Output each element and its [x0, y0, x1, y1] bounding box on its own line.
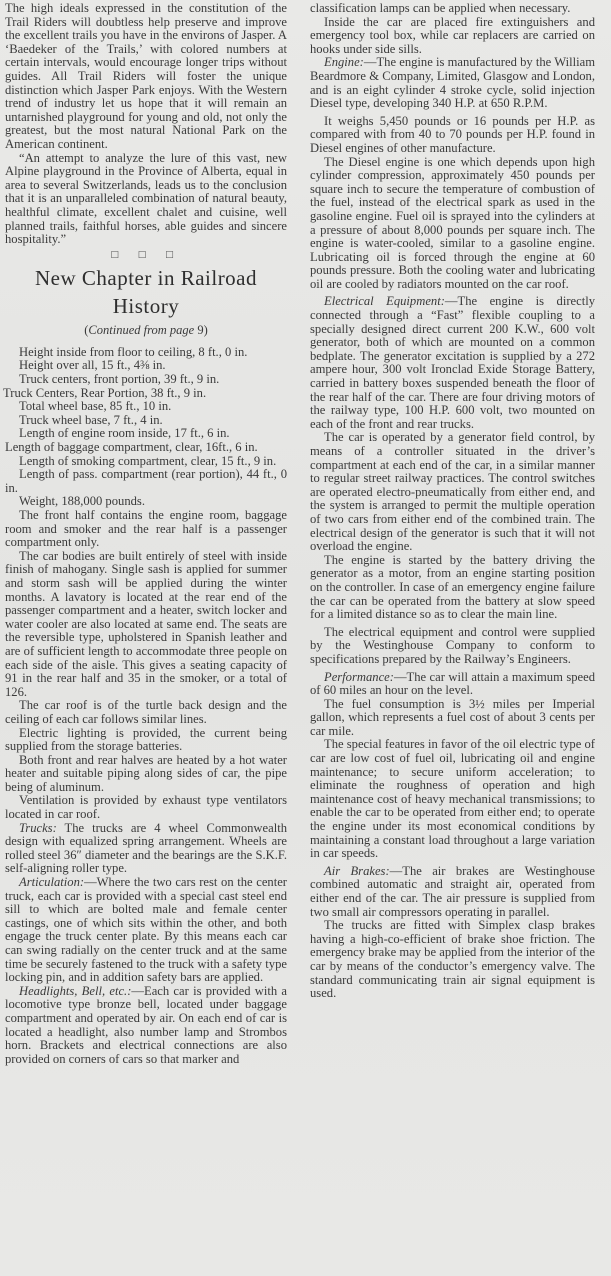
trucks-label: Trucks:	[19, 821, 57, 835]
spec-line: Height inside from floor to ceiling, 8 f…	[5, 346, 287, 360]
articulation-paragraph: Articulation:—Where the two cars rest on…	[5, 876, 287, 985]
spec-line: Truck centers, front portion, 39 ft., 9 …	[5, 373, 287, 387]
body-paragraph: The engine is started by the battery dri…	[310, 554, 595, 622]
scanned-page: The high ideals expressed in the constit…	[0, 0, 611, 1276]
performance-paragraph: Performance:—The car will attain a maxim…	[310, 671, 595, 698]
performance-label: Performance:	[324, 670, 394, 684]
body-paragraph: Electric lighting is provided, the curre…	[5, 727, 287, 754]
air-brakes-label: Air Brakes:	[324, 864, 390, 878]
electrical-paragraph: Electrical Equipment:—The engine is dire…	[310, 295, 595, 431]
fire-equipment-paragraph: Inside the car are placed fire extinguis…	[310, 16, 595, 57]
spec-line: Length of pass. compartment (rear portio…	[5, 468, 287, 495]
engine-paragraph: Engine:—The engine is manufactured by th…	[310, 56, 595, 110]
headline-line-1: New Chapter in Railroad	[35, 266, 257, 290]
section-divider-ornament: □ □ □	[5, 249, 287, 263]
trucks-paragraph: Trucks: The trucks are 4 wheel Commonwea…	[5, 822, 287, 876]
body-paragraph: It weighs 5,450 pounds or 16 pounds per …	[310, 115, 595, 156]
continued-from-note: (Continued from page 9)	[5, 324, 287, 338]
body-paragraph: Both front and rear halves are heated by…	[5, 754, 287, 795]
continued-page-number: 9)	[194, 323, 208, 337]
headlights-label: Headlights, Bell, etc.:	[19, 984, 131, 998]
spec-line: Height over all, 15 ft., 4⅜ in.	[5, 359, 287, 373]
engine-label: Engine:	[324, 55, 364, 69]
spec-line: Truck Centers, Rear Portion, 38 ft., 9 i…	[5, 387, 287, 401]
intro-paragraph: The high ideals expressed in the constit…	[5, 2, 287, 152]
body-paragraph: The fuel consumption is 3½ miles per Imp…	[310, 698, 595, 739]
spec-line: Total wheel base, 85 ft., 10 in.	[5, 400, 287, 414]
body-paragraph: The special features in favor of the oil…	[310, 738, 595, 860]
headline-line-2: History	[113, 294, 180, 318]
body-paragraph: The front half contains the engine room,…	[5, 509, 287, 550]
headlights-paragraph: Headlights, Bell, etc.:—Each car is prov…	[5, 985, 287, 1067]
continuation-paragraph: classification lamps can be applied when…	[310, 2, 595, 16]
body-paragraph: The Diesel engine is one which depends u…	[310, 156, 595, 292]
electrical-label: Electrical Equipment:	[324, 294, 445, 308]
intro-quote-paragraph: “An attempt to analyze the lure of this …	[5, 152, 287, 247]
westinghouse-paragraph: The electrical equipment and control wer…	[310, 626, 595, 667]
spec-line: Length of engine room inside, 17 ft., 6 …	[5, 427, 287, 441]
body-paragraph: The trucks are fitted with Simplex clasp…	[310, 919, 595, 1001]
body-paragraph: The car roof is of the turtle back desig…	[5, 699, 287, 726]
left-column: The high ideals expressed in the constit…	[5, 2, 287, 1066]
continued-label: Continued from page	[88, 323, 194, 337]
articulation-label: Articulation:	[19, 875, 84, 889]
spec-line: Weight, 188,000 pounds.	[5, 495, 287, 509]
body-paragraph: The car is operated by a generator field…	[310, 431, 595, 553]
body-paragraph: The car bodies are built entirely of ste…	[5, 550, 287, 700]
article-headline: New Chapter in Railroad History	[5, 264, 287, 320]
right-column: classification lamps can be applied when…	[310, 2, 595, 1001]
spec-line: Length of baggage compartment, clear, 16…	[5, 441, 287, 455]
body-paragraph: Ventilation is provided by exhaust type …	[5, 794, 287, 821]
spec-line: Length of smoking compartment, clear, 15…	[5, 455, 287, 469]
air-brakes-paragraph: Air Brakes:—The air brakes are Westingho…	[310, 865, 595, 919]
spec-line: Truck wheel base, 7 ft., 4 in.	[5, 414, 287, 428]
